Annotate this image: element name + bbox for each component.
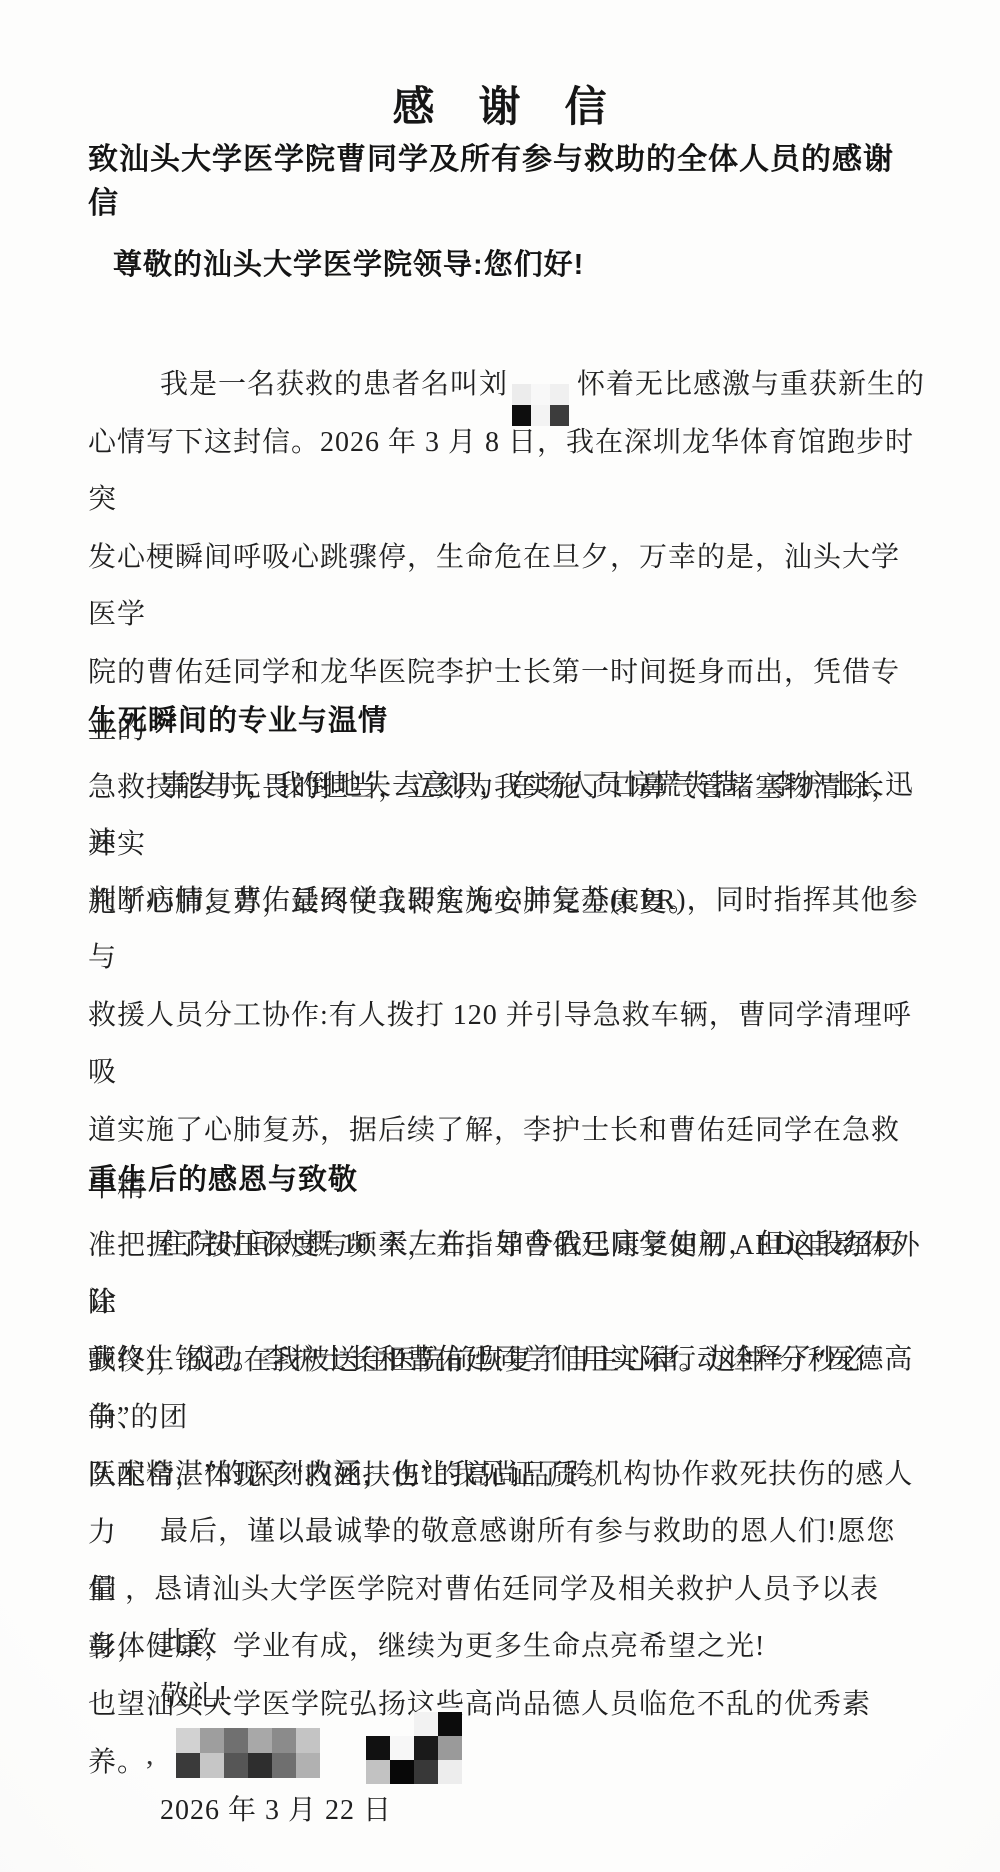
letter-page: 感 谢 信 致汕头大学医学院曹同学及所有参与救助的全体人员的感谢信 尊敬的汕头大… xyxy=(0,0,1000,1872)
section-2-heading: 重生后的感恩与致敬 xyxy=(88,1158,923,1202)
p1-text-after-redaction: 怀着无比感激与重获新生的 xyxy=(577,369,925,400)
closing-cizhi: 此致 xyxy=(160,1614,995,1672)
letter-date: 2026 年 3 月 22 日 xyxy=(160,1782,995,1840)
closing-jingli: 敬礼! xyxy=(160,1668,995,1726)
signature-stray-mark: , xyxy=(146,1740,154,1770)
redacted-signature-right xyxy=(366,1712,462,1784)
redacted-signature-left xyxy=(176,1728,320,1778)
p1-text-before-redaction: 我是一名获救的患者名叫刘 xyxy=(160,369,508,400)
section-1-heading: 生死瞬间的专业与温情 xyxy=(88,699,923,743)
letter-heading: 致汕头大学医学院曹同学及所有参与救助的全体人员的感谢信 xyxy=(88,138,923,226)
letter-title: 感 谢 信 xyxy=(0,74,1000,134)
salutation: 尊敬的汕头大学医学院领导:您们好! xyxy=(113,243,948,287)
